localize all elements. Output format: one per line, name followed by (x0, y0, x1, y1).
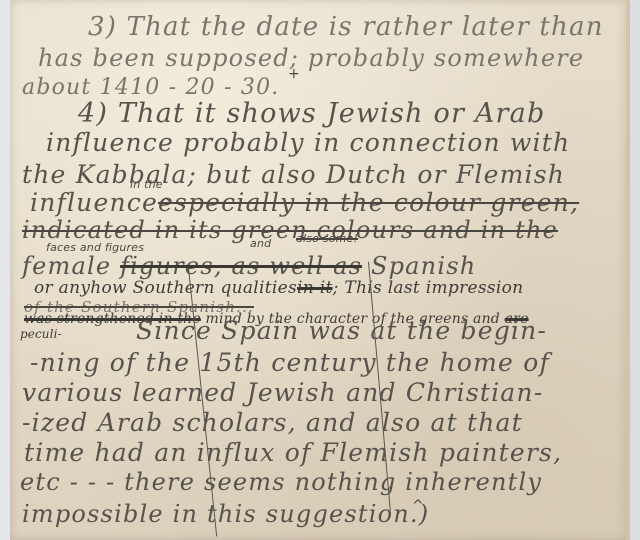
manuscript-line: etc - - - there seems nothing inherently (20, 470, 542, 494)
manuscript-line: has been supposed; probably somewhere (38, 46, 584, 70)
manuscript-line: influence probably in connection with (46, 130, 570, 155)
manuscript-line: 4) That it shows Jewish or Arab (78, 100, 545, 127)
text-span: or anyhow Southern qualities (34, 278, 297, 298)
manuscript-line: time had an influx of Flemish painters, (24, 440, 562, 465)
text-span: ; This last impression (333, 278, 524, 298)
manuscript-line: female figures, as well as Spanish (22, 254, 476, 278)
manuscript-line: impossible in this suggestion.) (22, 502, 429, 526)
struck-text: especially in the colour green, (158, 188, 579, 217)
manuscript-page: 3) That the date is rather later than ha… (10, 0, 630, 540)
plus-mark: + (288, 66, 300, 82)
manuscript-line: or anyhow Southern qualitiesin it; This … (34, 280, 523, 297)
insertion-caret: ^ (412, 498, 424, 514)
paper-edge (626, 0, 630, 540)
manuscript-line: about 1410 - 20 - 30. (22, 77, 279, 99)
manuscript-line: peculi- (20, 328, 62, 340)
insertion-caret: ^ (160, 196, 172, 212)
interlinear-insertion: and (250, 237, 271, 250)
manuscript-line: -ized Arab scholars, and also at that (22, 410, 523, 435)
manuscript-line: influenceespecially in the colour green, (30, 190, 579, 215)
text-span: Spanish (371, 252, 476, 280)
struck-text: figures, as well as (120, 252, 362, 280)
text-span: female (22, 252, 111, 280)
manuscript-line: 3) That the date is rather later than (88, 14, 604, 40)
manuscript-line: -ning of the 15th century the home of (30, 350, 550, 375)
interlinear-insertion: also some! (296, 232, 358, 245)
manuscript-line: the Kabbala; but also Dutch or Flemish (22, 162, 565, 187)
manuscript-line: various learned Jewish and Christian- (22, 380, 543, 405)
manuscript-line: Since Spain was at the begin- (136, 318, 547, 343)
text-span: influence (30, 188, 158, 217)
struck-line: indicated in its green colours and in th… (22, 218, 558, 242)
struck-text: in it (297, 278, 333, 298)
